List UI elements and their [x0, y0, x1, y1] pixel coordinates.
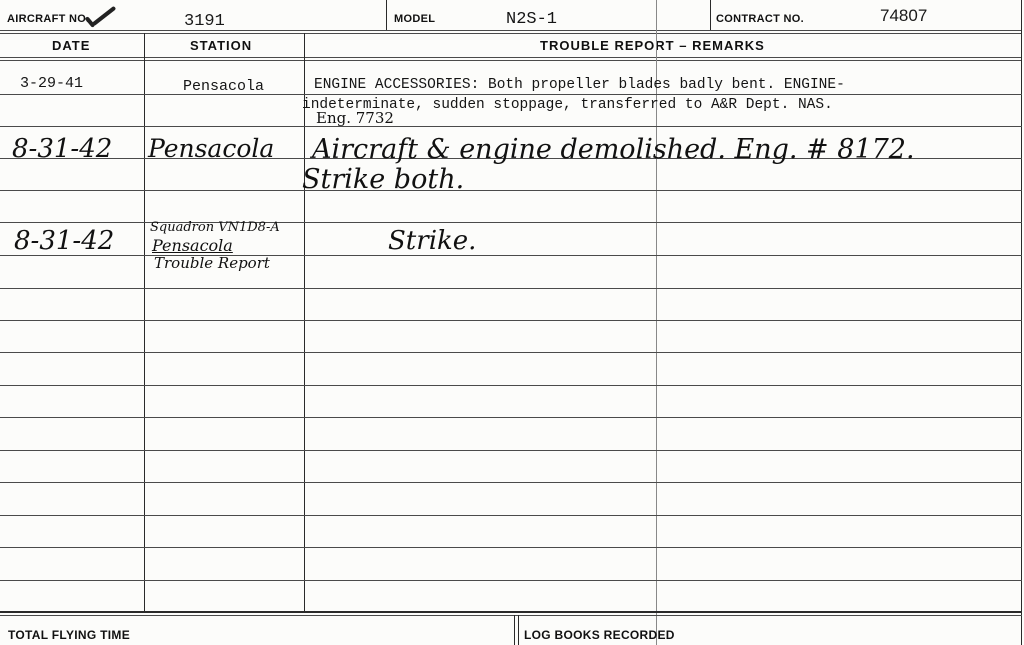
entry-3-station-line-2: Pensacola: [152, 236, 233, 255]
footer-rule-top: [0, 611, 1022, 613]
row-rule: [0, 417, 1022, 418]
log-books-recorded-label: LOG BOOKS RECORDED: [524, 628, 675, 642]
contract-no-value: 74807: [880, 6, 927, 26]
entry-1-remarks-line-1: ENGINE ACCESSORIES: Both propeller blade…: [314, 77, 845, 93]
column-header-rule-top: [0, 57, 1022, 58]
entry-3-station-line-3: Trouble Report: [154, 254, 270, 272]
row-rule: [0, 385, 1022, 386]
footer-rule-bottom: [0, 615, 1022, 616]
row-rule: [0, 515, 1022, 516]
header-rule-bottom: [0, 33, 1022, 34]
header-divider-2: [710, 0, 711, 30]
aircraft-history-card: AIRCRAFT NO. 3191 MODEL N2S-1 CONTRACT N…: [0, 0, 1024, 645]
entry-3-remarks-line-1: Strike.: [388, 226, 476, 256]
aircraft-no-label: AIRCRAFT NO.: [7, 13, 89, 25]
footer-divider-1: [514, 615, 515, 645]
footer-divider-2: [518, 615, 519, 645]
model-label: MODEL: [394, 13, 435, 25]
header-rule-top: [0, 30, 1022, 31]
card-right-edge: [1021, 0, 1022, 645]
row-rule: [0, 94, 1022, 95]
row-rule: [0, 190, 1022, 191]
column-header-station: STATION: [190, 38, 252, 53]
header-divider-1: [386, 0, 387, 30]
contract-no-label: CONTRACT NO.: [716, 13, 804, 25]
column-header-rule-bottom: [0, 60, 1022, 61]
column-header-remarks: TROUBLE REPORT – REMARKS: [540, 38, 765, 53]
entry-2-station: Pensacola: [148, 134, 274, 163]
row-rule: [0, 352, 1022, 353]
entry-2-remarks-line-2: Strike both.: [302, 164, 464, 195]
total-flying-time-label: TOTAL FLYING TIME: [8, 628, 130, 642]
aircraft-no-value: 3191: [184, 12, 225, 31]
checkmark-icon: [92, 6, 117, 26]
entry-2-remarks-line-1: Aircraft & engine demolished. Eng. # 817…: [312, 134, 915, 165]
entry-1-remarks-line-3: Eng. 7732: [316, 109, 394, 127]
row-rule: [0, 288, 1022, 289]
row-rule: [0, 547, 1022, 548]
row-rule: [0, 580, 1022, 581]
station-remarks-divider: [304, 33, 305, 612]
row-rule: [0, 482, 1022, 483]
date-station-divider: [144, 33, 145, 612]
row-rule: [0, 126, 1022, 127]
row-rule: [0, 320, 1022, 321]
entry-2-date: 8-31-42: [12, 134, 112, 164]
row-rule: [0, 450, 1022, 451]
entry-1-station: Pensacola: [183, 78, 264, 95]
entry-3-date: 8-31-42: [14, 226, 114, 256]
entry-3-station-line-1: Squadron VN1D8-A: [150, 220, 280, 235]
column-header-date: DATE: [52, 38, 90, 53]
entry-1-date: 3-29-41: [20, 75, 83, 92]
model-value: N2S-1: [506, 10, 557, 29]
